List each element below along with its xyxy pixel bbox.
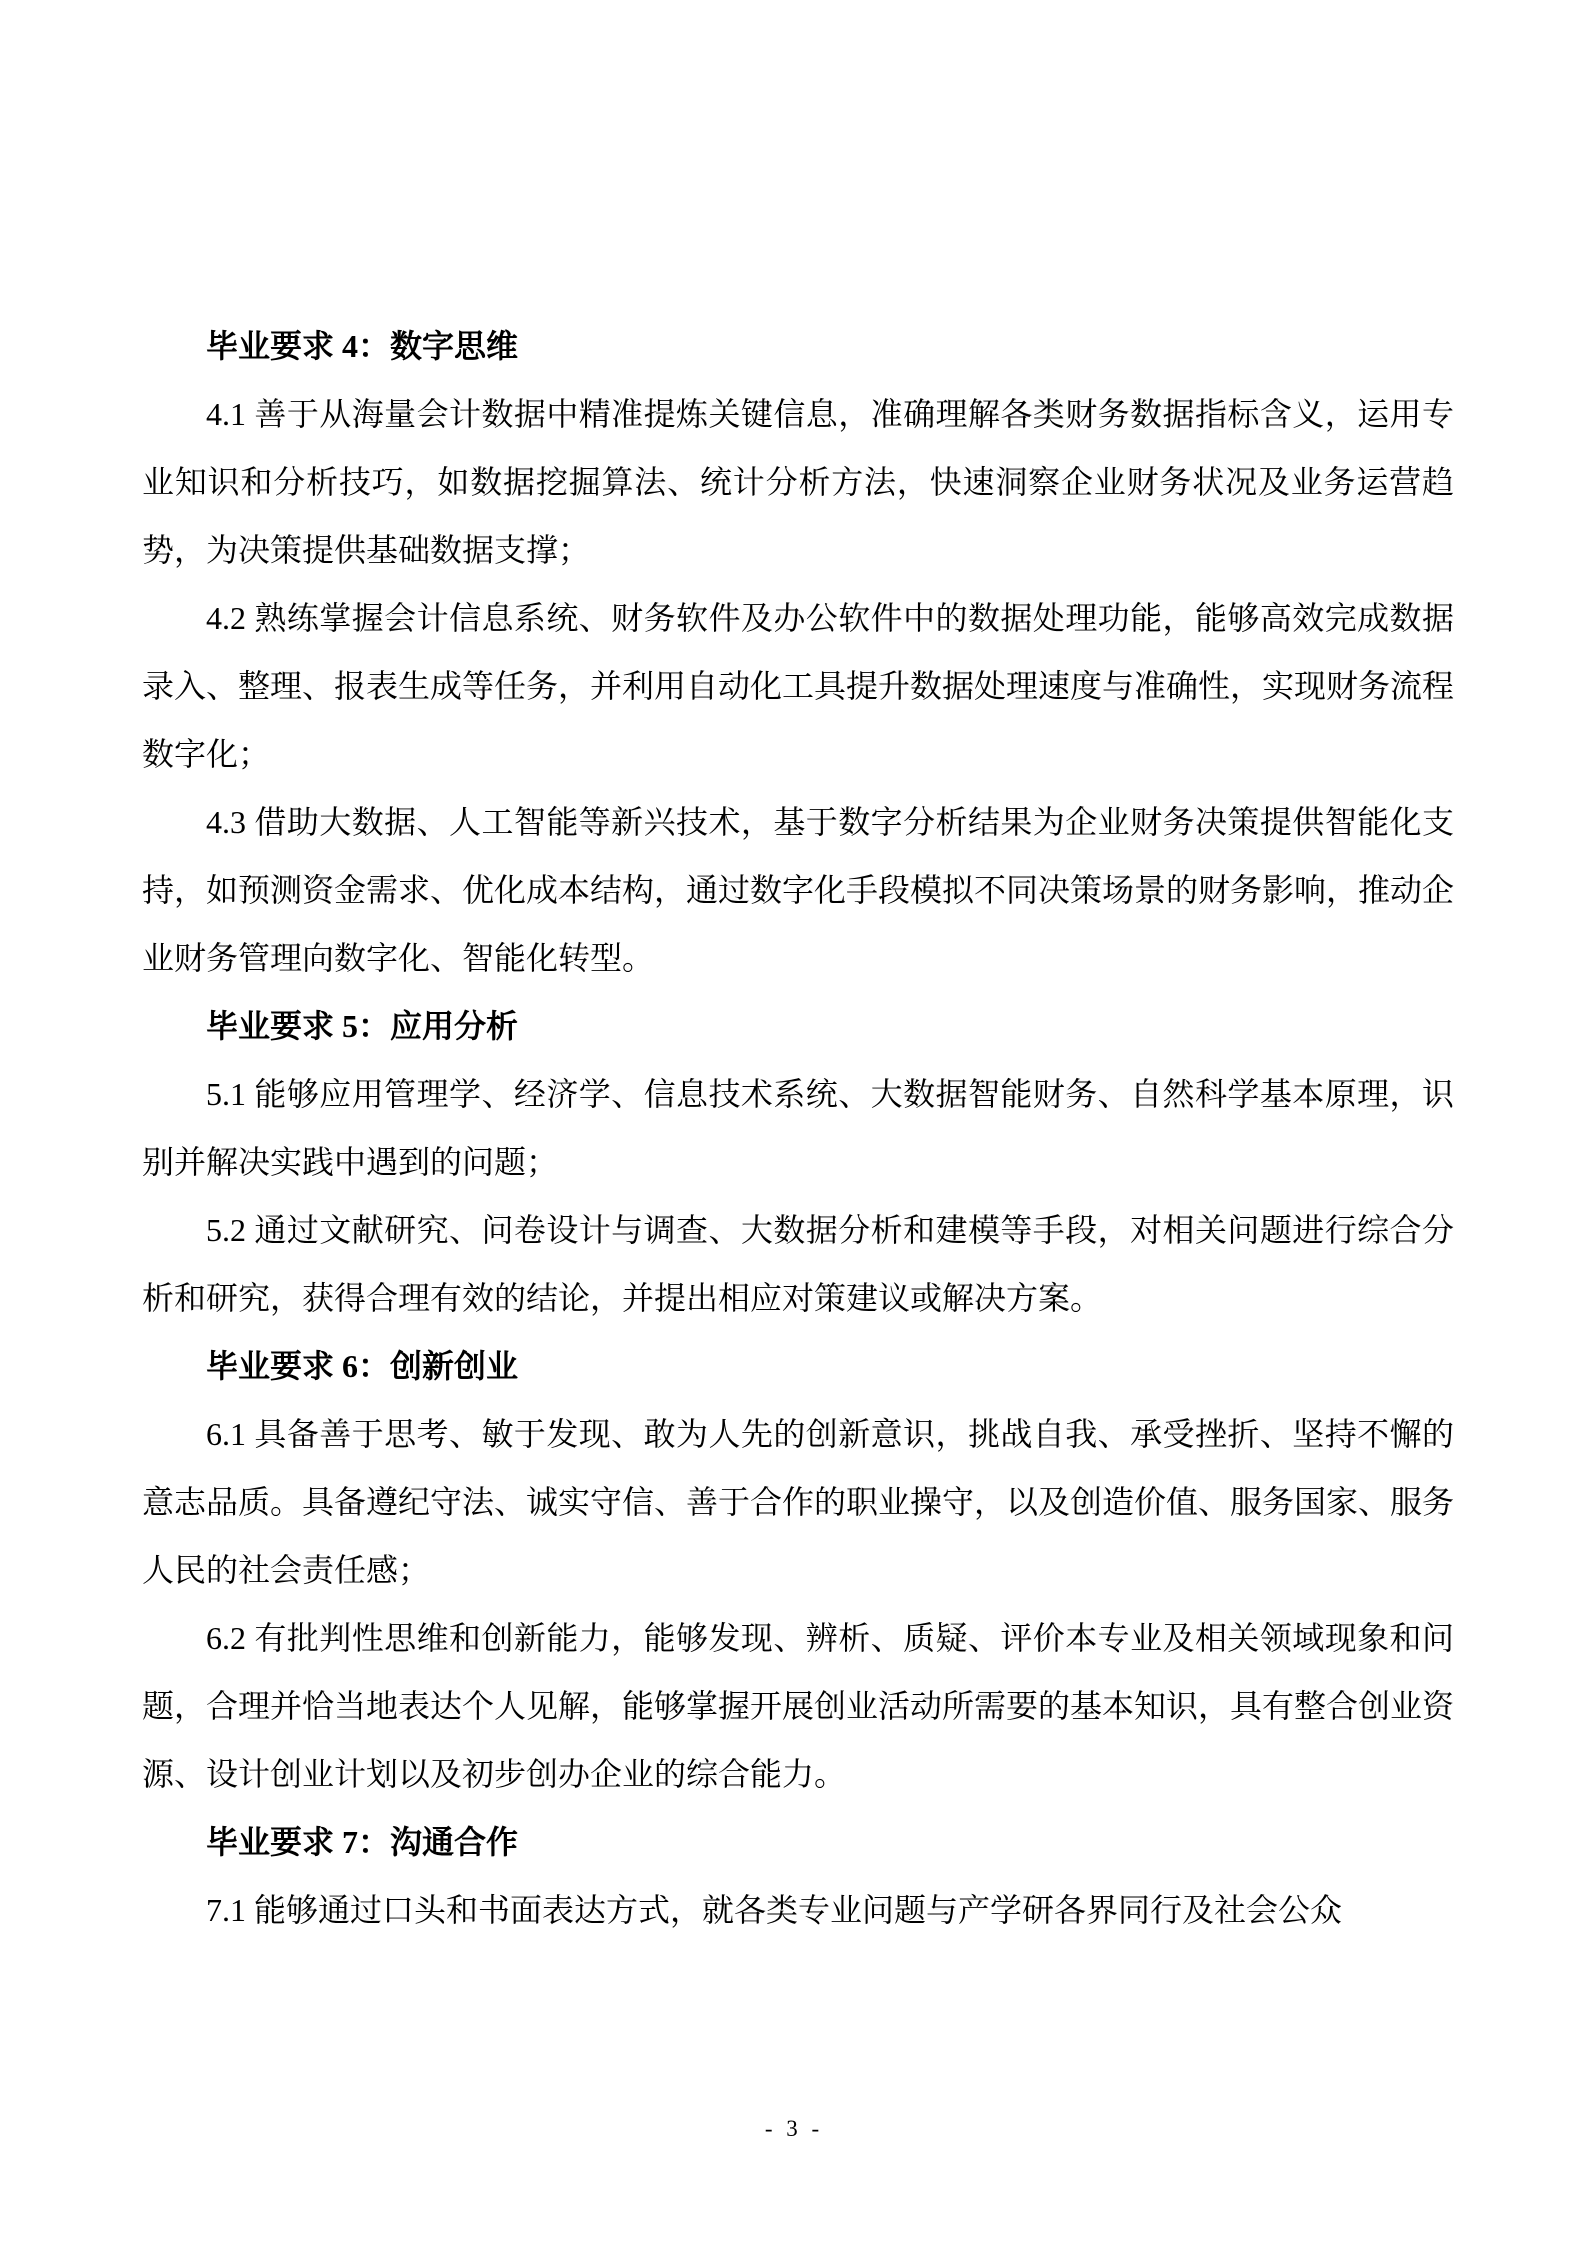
requirement-paragraph: 5.1 能够应用管理学、经济学、信息技术系统、大数据智能财务、自然科学基本原理，… xyxy=(142,1060,1454,1196)
requirement-paragraph: 4.2 熟练掌握会计信息系统、财务软件及办公软件中的数据处理功能，能够高效完成数… xyxy=(142,584,1454,788)
requirement-paragraph: 6.2 有批判性思维和创新能力，能够发现、辨析、质疑、评价本专业及相关领域现象和… xyxy=(142,1604,1454,1808)
section-heading: 毕业要求 6：创新创业 xyxy=(142,1332,1454,1400)
section-heading: 毕业要求 4：数字思维 xyxy=(142,312,1454,380)
section-heading: 毕业要求 5：应用分析 xyxy=(142,992,1454,1060)
document-page: 毕业要求 4：数字思维4.1 善于从海量会计数据中精准提炼关键信息，准确理解各类… xyxy=(0,0,1588,2245)
requirement-paragraph: 4.3 借助大数据、人工智能等新兴技术，基于数字分析结果为企业财务决策提供智能化… xyxy=(142,788,1454,992)
requirement-paragraph: 7.1 能够通过口头和书面表达方式，就各类专业问题与产学研各界同行及社会公众 xyxy=(142,1876,1454,1944)
requirement-paragraph: 4.1 善于从海量会计数据中精准提炼关键信息，准确理解各类财务数据指标含义，运用… xyxy=(142,380,1454,584)
section-heading: 毕业要求 7：沟通合作 xyxy=(142,1808,1454,1876)
page-number-label: - 3 - xyxy=(0,2114,1588,2144)
requirement-paragraph: 5.2 通过文献研究、问卷设计与调查、大数据分析和建模等手段，对相关问题进行综合… xyxy=(142,1196,1454,1332)
document-body: 毕业要求 4：数字思维4.1 善于从海量会计数据中精准提炼关键信息，准确理解各类… xyxy=(142,312,1454,1944)
requirement-paragraph: 6.1 具备善于思考、敏于发现、敢为人先的创新意识，挑战自我、承受挫折、坚持不懈… xyxy=(142,1400,1454,1604)
